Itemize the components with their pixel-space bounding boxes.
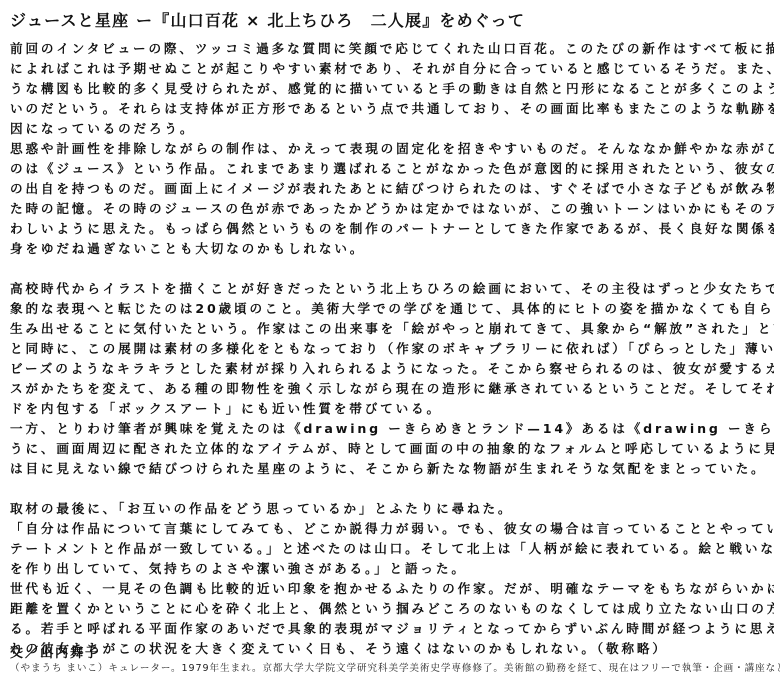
- text-line: うな構図も比較的多く見受けられたが、感覚的に描いていると手の動きは自然と円形にな…: [10, 79, 774, 99]
- paragraph-2: 思惑や計画性を排除しながらの制作は、かえって表現の固定化を招きやすいものだ。そん…: [10, 139, 774, 259]
- paragraph-4: 取材の最後に、「お互いの作品をどう思っているか」とふたりに尋ねた。 「自分は作品…: [10, 499, 774, 659]
- text-line: 距離を置くかということに心を砕く北上と、偶然という掴みどころのないものなくしては…: [10, 599, 774, 619]
- paragraph-1: 前回のインタビューの際、ツッコミ過多な質問に笑顔で応じてくれた山口百花。このたび…: [10, 39, 774, 139]
- text-line: ドを内包する「ボックスアート」にも近い性質を帯びている。: [10, 399, 774, 419]
- text-line: 象的な表現へと転じたのは20歳頃のこと。美術大学での学びを通じて、具体的にヒトの…: [10, 299, 774, 319]
- text-line: 前回のインタビューの際、ツッコミ過多な質問に笑顔で応じてくれた山口百花。このたび…: [10, 39, 774, 59]
- text-line: は目に見えない線で結びつけられた星座のように、そこから新たな物語が生まれそうな気…: [10, 459, 774, 479]
- text-line: によればこれは予期せぬことが起こりやすい素材であり、それが自分に合っていると感じ…: [10, 59, 774, 79]
- text-line: 生み出せることに気付いたという。作家はこの出来事を「絵がやっと崩れてきて、具象か…: [10, 319, 774, 339]
- article-page: ジュースと星座 ー『山口百花 × 北上ちひろ 二人展』をめぐって 前回のインタビ…: [0, 0, 780, 700]
- text-line: の出自を持つものだ。画面上にイメージが表れたあとに結びつけられたのは、すぐそばで…: [10, 179, 774, 199]
- text-line: 身をゆだね過ぎないことも大切なのかもしれない。: [10, 239, 774, 259]
- text-line: のは《ジュース》という作品。これまであまり選ばれることがなかった色が意図的に採用…: [10, 159, 774, 179]
- text-line: テートメントと作品が一致している。」と述べたのは山口。そして北上は「人柄が絵に表…: [10, 539, 774, 559]
- text-line: 因になっているのだろう。: [10, 119, 774, 139]
- text-line: 高校時代からイラストを描くことが好きだったという北上ちひろの絵画において、その主…: [10, 279, 774, 299]
- text-line: と同時に、この展開は素材の多様化をともなっており（作家のボキャブラリーに依れば）…: [10, 339, 774, 359]
- text-line: わしいように思えた。もっぱら偶然というものを制作のパートナーとしてきた作家である…: [10, 219, 774, 239]
- paragraph-3: 高校時代からイラストを描くことが好きだったという北上ちひろの絵画において、その主…: [10, 279, 774, 479]
- article-body: 前回のインタビューの際、ツッコミ過多な質問に笑顔で応じてくれた山口百花。このたび…: [10, 39, 774, 659]
- text-line: スがかたちを変えて、ある種の即物性を強く示しながら現在の造形に継承されているとい…: [10, 379, 774, 399]
- text-line: る。若手と呼ばれる平面作家のあいだで具象的表現がマジョリティとなってからずいぶん…: [10, 619, 774, 639]
- text-line: 一方、とりわけ筆者が興味を覚えたのは《drawing ーきらめきとランド—14》…: [10, 419, 774, 439]
- paragraph-spacer: [10, 259, 774, 279]
- text-line: 取材の最後に、「お互いの作品をどう思っているか」とふたりに尋ねた。: [10, 499, 774, 519]
- paragraph-spacer: [10, 479, 774, 499]
- author-bio: （やまうち まいこ）キュレーター。1979年生まれ。京都大学大学院文学研究科美学…: [10, 661, 780, 677]
- text-line: ビーズのようなキラキラとした素材が採り入れられるようになった。そこから察せられる…: [10, 359, 774, 379]
- text-line: を作り出していて、気持ちのよさや潔い強さがある。」と語った。: [10, 559, 774, 579]
- text-line: 「自分は作品について言葉にしてみても、どこか説得力が弱い。でも、彼女の場合は言っ…: [10, 519, 774, 539]
- article-title: ジュースと星座 ー『山口百花 × 北上ちひろ 二人展』をめぐって: [10, 10, 525, 32]
- text-line: た時の記憶。その時のジュースの色が赤であったかどうかは定かではないが、この強いト…: [10, 199, 774, 219]
- text-line: れの彼女たちがこの状況を大きく変えていく日も、そう遠くはないのかもしれない。（敬…: [10, 639, 774, 659]
- text-line: いのだという。それらは支持体が正方形であるという点で共通しており、その画面比率も…: [10, 99, 774, 119]
- text-line: うに、画面周辺に配された立体的なアイテムが、時として画面の中の抽象的なフォルムと…: [10, 439, 774, 459]
- text-line: 世代も近く、一見その色調も比較的近い印象を抱かせるふたりの作家。だが、明確なテー…: [10, 579, 774, 599]
- text-line: 思惑や計画性を排除しながらの制作は、かえって表現の固定化を招きやすいものだ。そん…: [10, 139, 774, 159]
